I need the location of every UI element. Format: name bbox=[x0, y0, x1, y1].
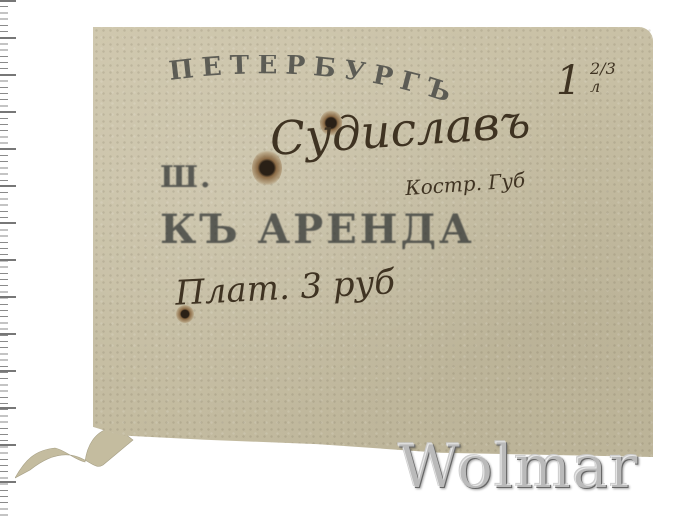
weight-whole: 1 bbox=[556, 58, 581, 104]
weight-fraction: 2/3 л bbox=[590, 60, 616, 96]
weight-unit: л bbox=[590, 77, 600, 96]
weight-fraction-value: 2/3 bbox=[590, 59, 616, 78]
postmark-line-2: КЪ АРЕНДА bbox=[160, 206, 475, 253]
ruler-major-ticks bbox=[0, 0, 16, 516]
watermark: Wolmar bbox=[398, 432, 638, 502]
postmark-line-1: Ш. bbox=[160, 160, 213, 195]
